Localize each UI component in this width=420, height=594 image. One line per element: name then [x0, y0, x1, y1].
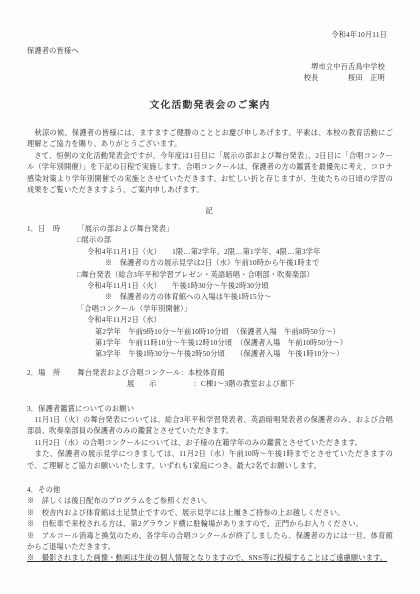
chorus-grade-1: 第1学年 午前11時10分～午後12時10分頃 （保護者入場 午前10時50分～…: [27, 338, 393, 349]
other-note-bicycle: ※ 自転車で来校される方は、第2グラウンド横に駐輪場がありますので、正門からお入…: [27, 519, 393, 530]
exhibit-note: ※ 保護者の方の展示見学は2日（水）午前10時から午後1時まで: [27, 258, 393, 269]
viewing-paragraph-1: 11月1日（火）の舞台発表については、総合3年平和学習発表者、英語暗唱発表者の保…: [27, 415, 393, 438]
other-note-program: ※ 詳しくは後日配布のプログラムをご参照ください。: [27, 496, 393, 507]
section-place-heading: 2．場 所舞台発表および合唱コンクール：本校体育館: [27, 368, 393, 379]
section-datetime-heading: 1．日 時「展示の部および舞台発表」: [27, 224, 393, 235]
chorus-label: 「合唱コンクール（学年別開催）」: [27, 304, 393, 315]
intro-paragraph-2: さて、恒例の文化活動発表会ですが、今年度は1日目に「展示の部および舞台発表」、2…: [27, 151, 393, 197]
other-note-shoes: ※ 校舎内および体育館は土足禁止ですので、展示見学には上履きご持参の上お越しくだ…: [27, 508, 393, 519]
intro-paragraph-1: 秋涼の候、保護者の皆様には、ますますご健勝のこととお慶び申しあげます。平素は、本…: [27, 128, 393, 151]
school-name: 堺市立中百舌鳥中学校: [27, 62, 393, 73]
exhibit-date: 令和4年11月1日（火） 1限…第2学年、2限…第1学年、4限…第3学年: [27, 247, 393, 258]
section-heading-text: 「展示の部および舞台発表」: [77, 225, 173, 233]
stage-note: ※ 保護者の方の体育館への入場は午後1時15分～: [27, 292, 393, 303]
other-note-ventilation: ※ アルコール消毒と換気のため、各学年の合唱コンクールが終了しましたら、保護者の…: [27, 531, 393, 554]
chorus-grade-2: 第2学年 午前9時10分～午前10時10分頃 （保護者入場 午前8時50分～）: [27, 327, 393, 338]
section-place: 2．場 所舞台発表および合唱コンクール：本校体育館 展 示 ：C棟1～3階の教室…: [27, 368, 393, 391]
place-line-1: 舞台発表および合唱コンクール：本校体育館: [77, 369, 224, 377]
issue-date: 令和4年10月11日: [27, 30, 393, 41]
section-number: 1．日 時: [27, 225, 60, 233]
section-number: 2．場 所: [27, 369, 60, 377]
section-datetime: 1．日 時「展示の部および舞台発表」 □展示の部 令和4年11月1日（火） 1限…: [27, 224, 393, 361]
place-line-2: 展 示 ：C棟1～3階の教室および廊下: [27, 379, 393, 390]
other-note-sns: ※ 撮影されました画像・動画は生徒の個人情報となりますので、SNS等に投稿するこ…: [27, 553, 393, 564]
section-other: 4．その他 ※ 詳しくは後日配布のプログラムをご参照ください。 ※ 校舎内および…: [27, 485, 393, 565]
page-title: 文化活動発表会のご案内: [27, 100, 393, 111]
exhibit-label: □展示の部: [27, 235, 393, 246]
viewing-paragraph-3: また、保護者の展示見学につきましては、11月2日（水）午前10時～午後1時までと…: [27, 449, 393, 472]
section-viewing-request: 3．保護者鑑賞についてのお願い 11月1日（火）の舞台発表については、総合3年平…: [27, 404, 393, 472]
viewing-paragraph-2: 11月2日（水）の合唱コンクールについては、お子様の在籍学年のみの鑑賞とさせてい…: [27, 438, 393, 449]
section-other-heading: 4．その他: [27, 485, 393, 496]
section-viewing-heading: 3．保護者鑑賞についてのお願い: [27, 404, 393, 415]
record-marker: 記: [27, 205, 393, 216]
document-page: 令和4年10月11日 保護者の皆様へ 堺市立中百舌鳥中学校 校長 桜田 正明 文…: [0, 0, 420, 594]
sender-block: 堺市立中百舌鳥中学校 校長 桜田 正明: [27, 62, 393, 85]
chorus-grade-3: 第3学年 午後1時30分～午後2時50分頃 （保護者入場 午後1時10分～）: [27, 349, 393, 360]
stage-date: 令和4年11月1日（火） 午後1時30分～午後2時30分頃: [27, 281, 393, 292]
principal-name: 校長 桜田 正明: [27, 73, 393, 84]
addressee: 保護者の皆様へ: [27, 46, 393, 57]
stage-label: □舞台発表（総合3年平和学習プレゼン・英語暗唱・合唱部・吹奏楽部）: [27, 270, 393, 281]
chorus-date: 令和4年11月2日（水）: [27, 315, 393, 326]
